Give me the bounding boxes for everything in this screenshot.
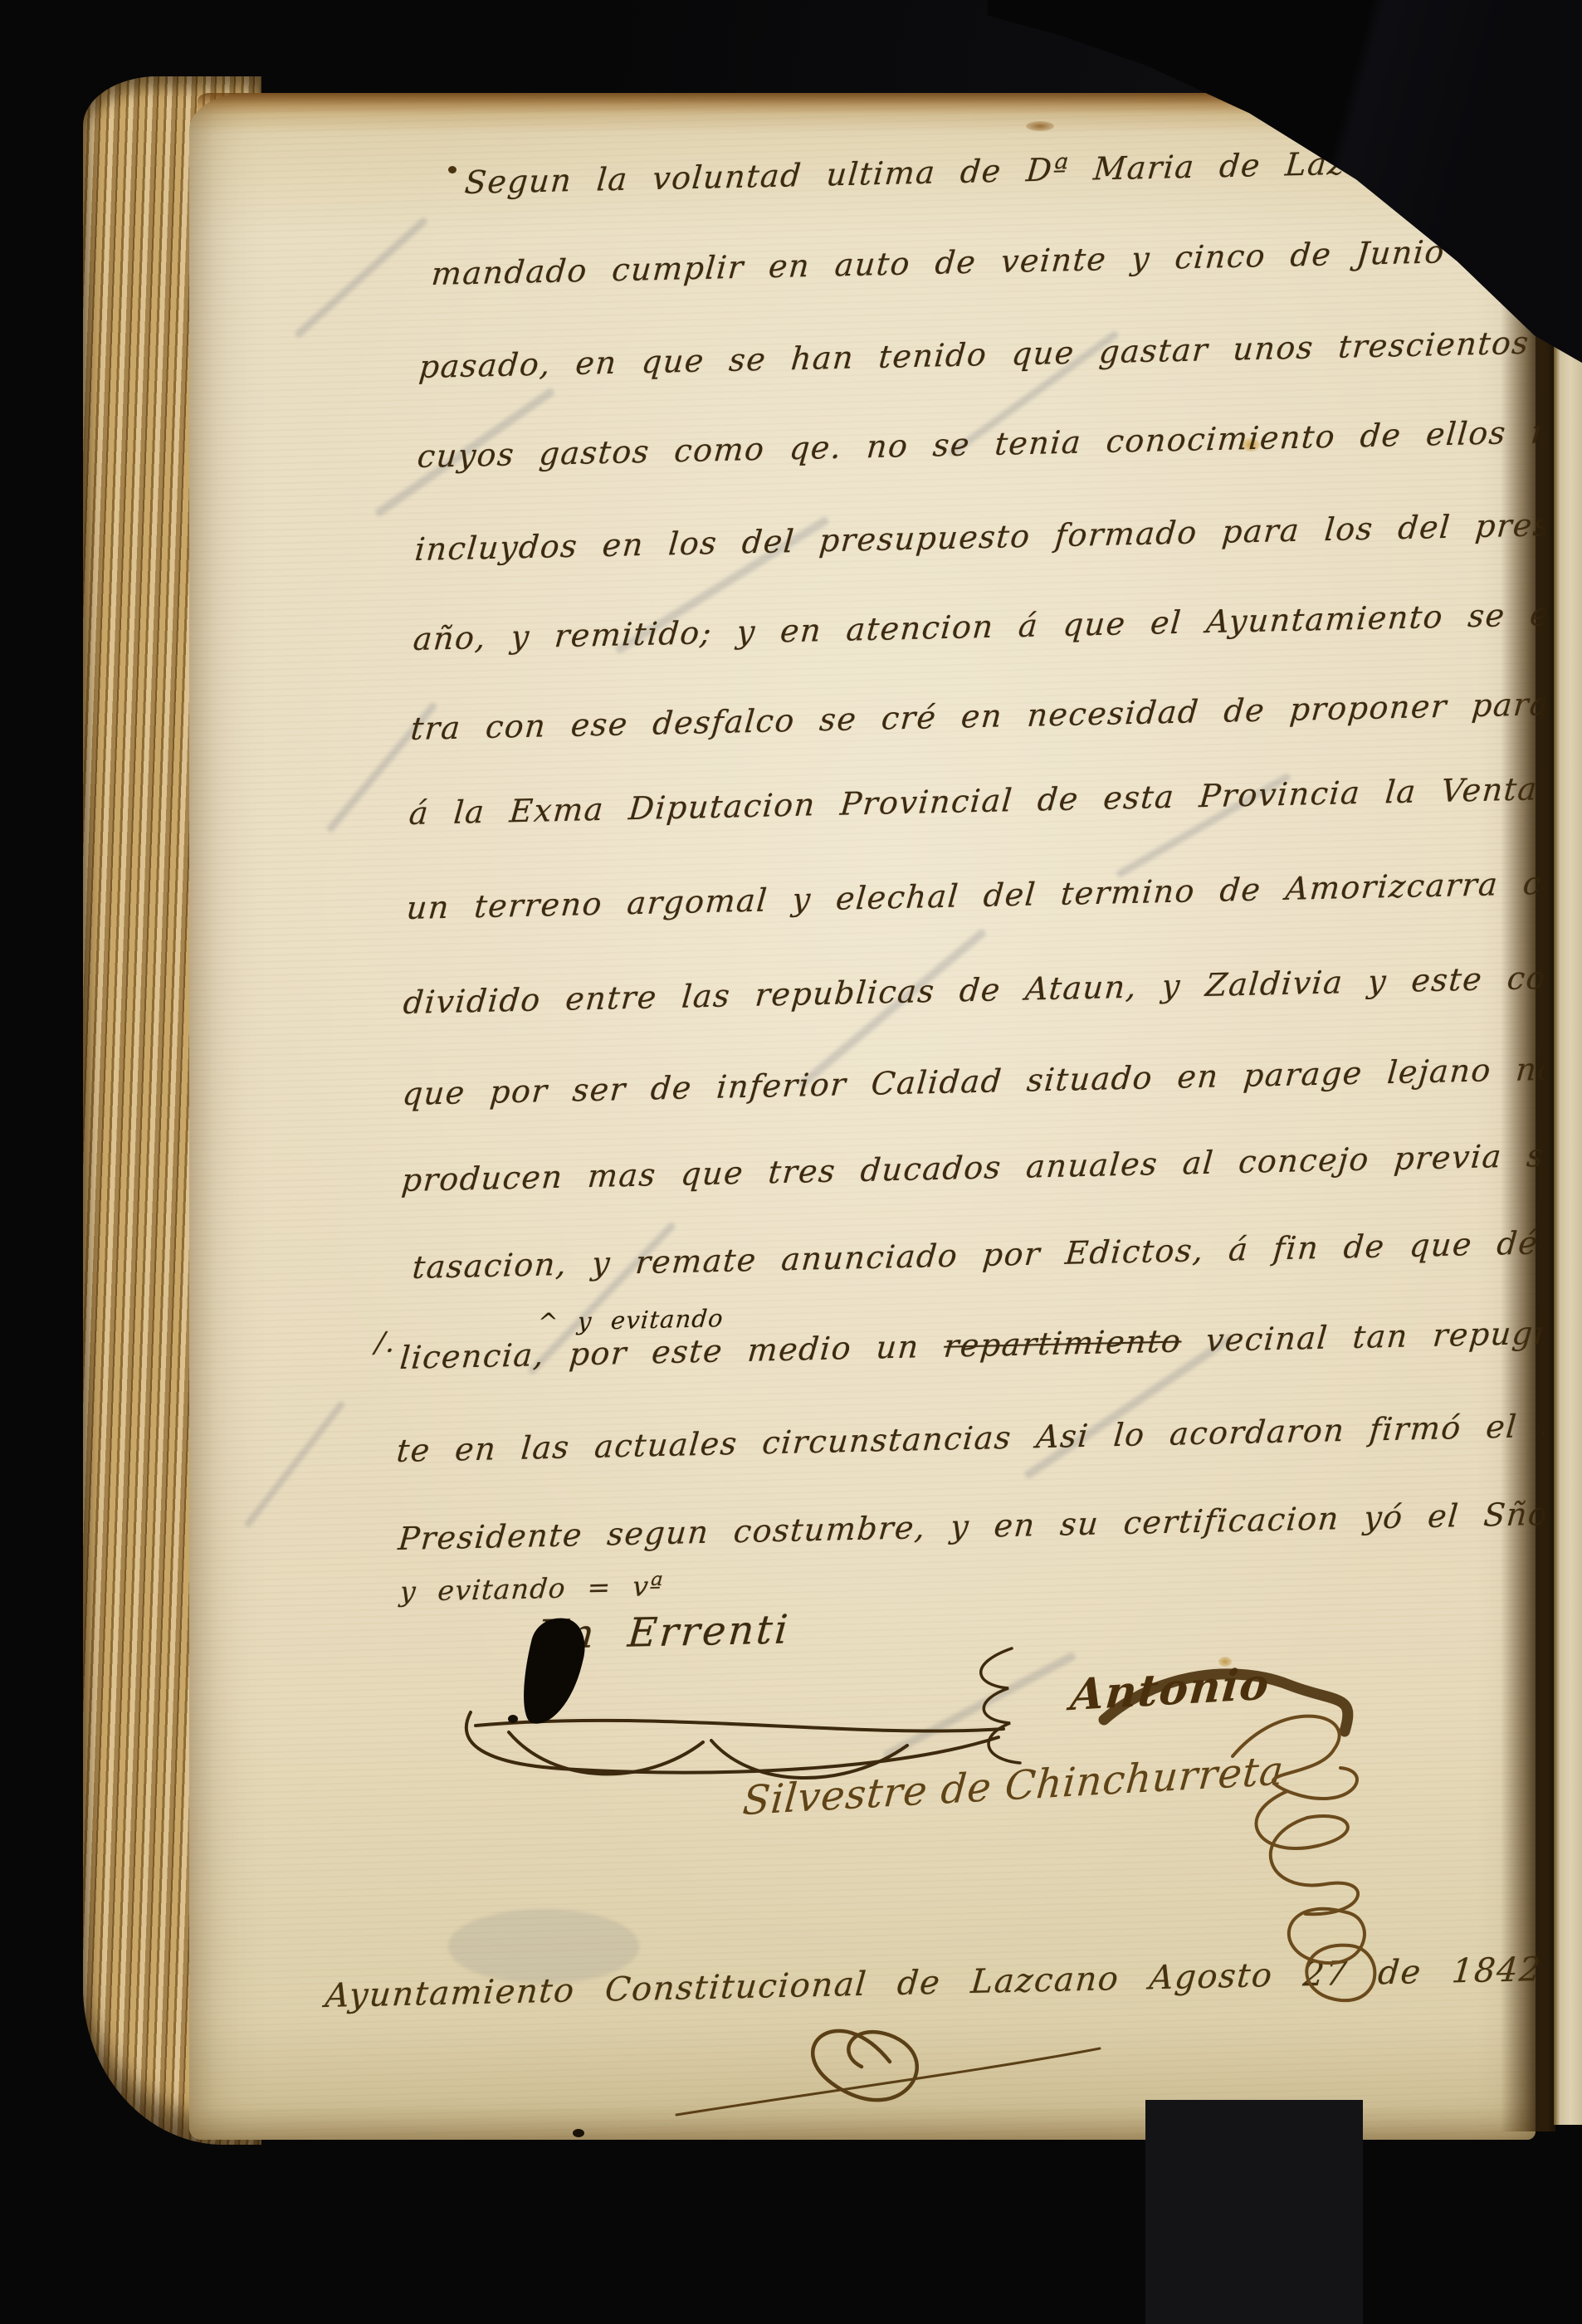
ink-blot-dot <box>508 1715 518 1723</box>
interline-insert: ^ y evitando <box>537 1304 725 1336</box>
footer-flourish-svg <box>672 1990 1104 2140</box>
correction-validation-note: y evitando = vª <box>398 1570 665 1608</box>
page-gutter-shadow <box>1501 98 1555 2131</box>
squiggle-flourish-svg <box>950 1642 1042 1775</box>
stain-spot <box>573 2129 584 2137</box>
caret-mark: ^ <box>537 1307 560 1336</box>
struck-word: repartimiento <box>942 1322 1183 1364</box>
footer-upper-loop-flourish-svg <box>1262 1894 1378 2019</box>
margin-slash-mark: ∕. <box>374 1326 397 1360</box>
interline-insert-text: y evitando <box>577 1304 725 1335</box>
photographed-book-scene: Segun la voluntad ultima de Dª Maria de … <box>0 0 1582 2324</box>
stain-spot <box>1026 121 1054 131</box>
cloth-seam-bottom-right <box>1145 2100 1363 2324</box>
stain-spot <box>448 166 457 173</box>
facing-page-sliver <box>1554 106 1582 2125</box>
